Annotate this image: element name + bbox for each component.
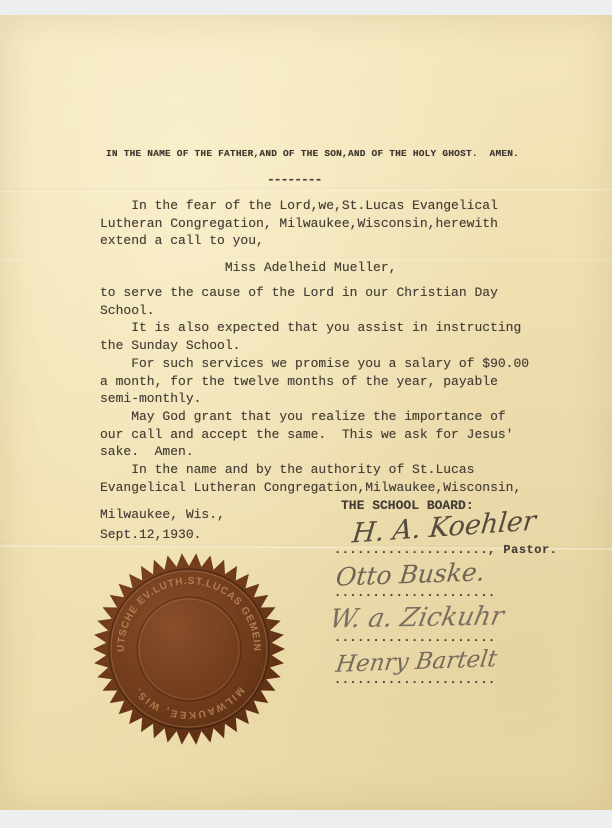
signature-line-3: ..................... bbox=[334, 673, 496, 687]
paragraph-main: to serve the cause of the Lord in our Ch… bbox=[100, 284, 529, 496]
place-date-line: Milwaukee, Wis., Sept.12,1930. bbox=[100, 505, 225, 545]
dotted-rule: ..................... bbox=[334, 631, 496, 645]
invocation-heading: IN THE NAME OF THE FATHER,AND OF THE SON… bbox=[106, 148, 519, 159]
addressee-name-line: Miss Adelheid Mueller, bbox=[100, 259, 396, 277]
signature-line-1: ..................... bbox=[334, 586, 496, 600]
signature-board-member-2: W. a. Zickuhr bbox=[327, 601, 506, 634]
divider-dashes: -------- bbox=[267, 172, 321, 187]
dotted-rule: .................... bbox=[334, 543, 488, 557]
fold-crease-top bbox=[0, 187, 612, 193]
dotted-rule: ..................... bbox=[334, 673, 496, 687]
pastor-title-label: , Pastor. bbox=[488, 543, 557, 557]
dotted-rule: ..................... bbox=[334, 586, 496, 600]
paragraph-intro: In the fear of the Lord,we,St.Lucas Evan… bbox=[100, 197, 498, 250]
seal-graphic: DEUTSCHE EV.LUTH.ST.LUCAS GEMEINDEMILWAU… bbox=[92, 552, 286, 746]
embossed-seal: DEUTSCHE EV.LUTH.ST.LUCAS GEMEINDEMILWAU… bbox=[92, 552, 286, 746]
signature-line-pastor: ...................., Pastor. bbox=[334, 543, 557, 557]
signature-line-2: ..................... bbox=[334, 631, 496, 645]
scanned-document-page: { "document": { "heading": "IN THE NAME … bbox=[0, 0, 612, 828]
